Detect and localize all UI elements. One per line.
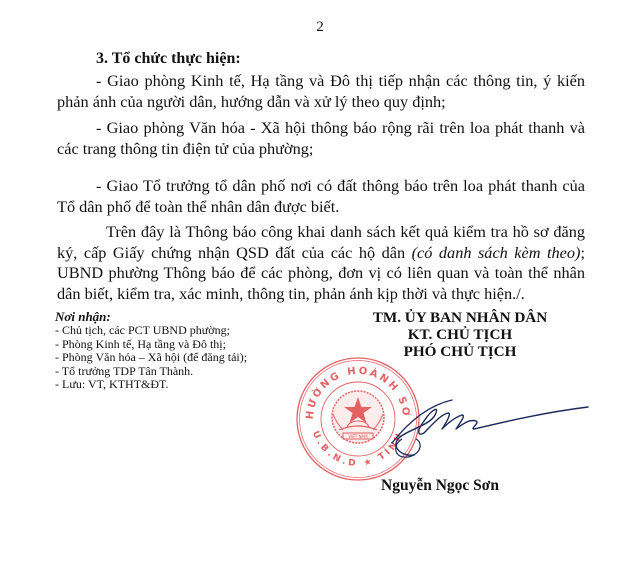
- closing-paragraph: Trên đây là Thông báo công khai danh sác…: [57, 222, 585, 304]
- svg-text:VIỆT NAM: VIỆT NAM: [348, 434, 368, 439]
- closing-attachment-note: (có danh sách kèm theo): [412, 243, 581, 262]
- signer-title-block: TM. ỦY BAN NHÂN DÂN KT. CHỦ TỊCH PHÓ CHỦ…: [340, 309, 580, 360]
- recipient-item: - Tổ trưởng TDP Tân Thành.: [55, 365, 247, 379]
- recipient-item: - Chủ tịch, các PCT UBND phường;: [55, 324, 247, 338]
- implementation-item-2: - Giao phòng Văn hóa - Xã hội thông báo …: [57, 117, 585, 159]
- section-heading: 3. Tổ chức thực hiện:: [96, 50, 241, 68]
- recipient-item: - Lưu: VT, KTHT&ĐT.: [55, 378, 247, 392]
- signer-name: Nguyễn Ngọc Sơn: [360, 477, 520, 495]
- signer-line-2: KT. CHỦ TỊCH: [340, 326, 580, 343]
- recipient-item: - Phòng Văn hóa – Xã hội (để đăng tải);: [55, 351, 247, 365]
- implementation-item-1: - Giao phòng Kinh tế, Hạ tầng và Đô thị …: [57, 70, 585, 112]
- recipients-block: Nơi nhận: - Chủ tịch, các PCT UBND phườn…: [55, 310, 247, 392]
- signer-line-1: TM. ỦY BAN NHÂN DÂN: [340, 309, 580, 326]
- implementation-item-3: - Giao Tổ trưởng tổ dân phố nơi có đất t…: [57, 175, 585, 217]
- signature-icon: [390, 395, 590, 465]
- recipient-item: - Phòng Kinh tế, Hạ tầng và Đô thị;: [55, 338, 247, 352]
- recipients-title: Nơi nhận:: [55, 310, 247, 324]
- page-number: 2: [0, 19, 620, 36]
